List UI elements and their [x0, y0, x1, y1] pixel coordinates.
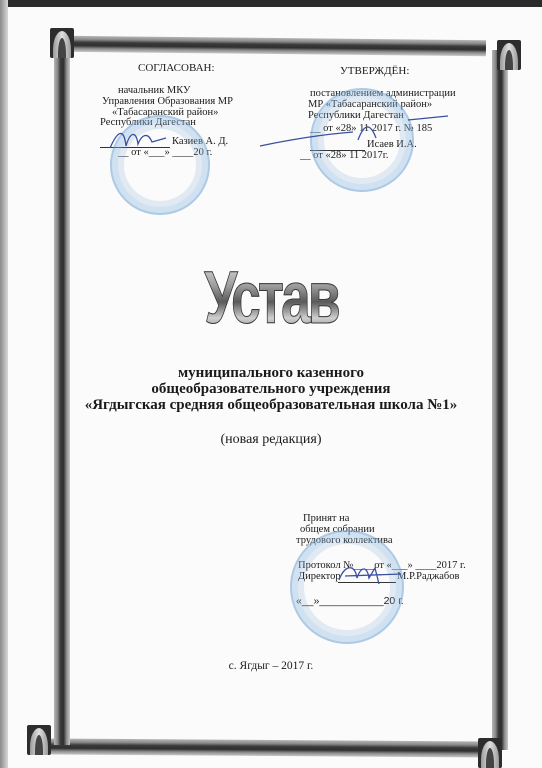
- subtitle-line: общеобразовательного учреждения: [0, 381, 542, 398]
- document-title: Устав: [76, 258, 466, 338]
- director-name: М.Р.Раджабов: [397, 571, 459, 583]
- approval-right-heading: УТВЕРЖДЁН:: [340, 65, 409, 77]
- scan-edge: [0, 0, 542, 7]
- edition-label: (новая редакция): [0, 432, 542, 448]
- approval-left-heading: СОГЛАСОВАН:: [138, 62, 215, 74]
- footer-place-year: с. Ягдыг – 2017 г.: [0, 660, 542, 672]
- signature-icon: [258, 112, 458, 152]
- subtitle-line: «Ягдыгская средняя общеобразовательная ш…: [0, 397, 542, 414]
- signature-icon: [335, 560, 405, 588]
- subtitle-line: муниципального казенного: [0, 365, 542, 382]
- signature-icon: [108, 126, 168, 152]
